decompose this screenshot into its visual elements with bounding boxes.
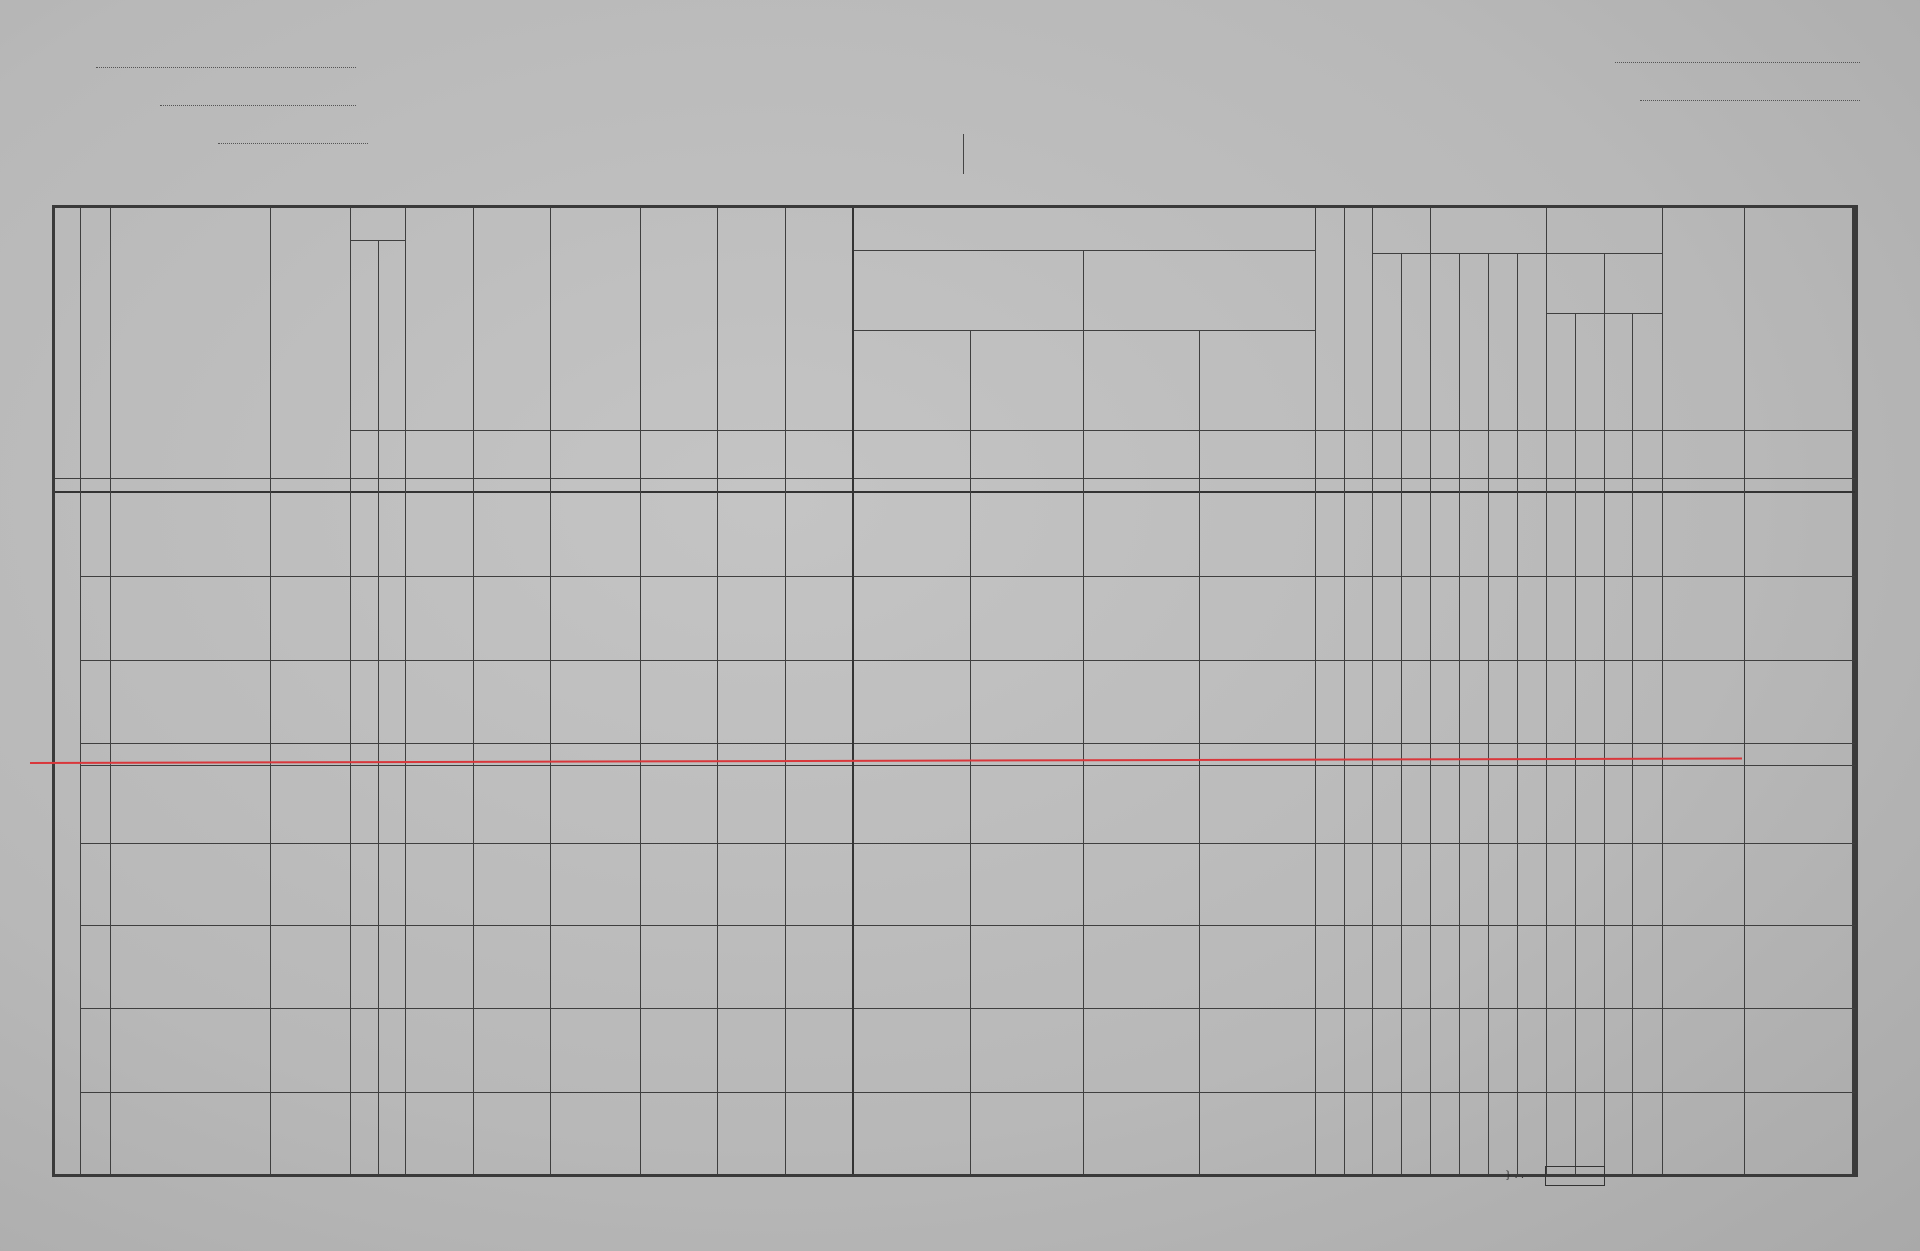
col-10-header <box>718 212 784 215</box>
col-1b-header <box>84 250 108 470</box>
col-7-header <box>475 255 548 261</box>
col-13-header <box>972 335 1082 339</box>
col-6-header <box>407 245 471 255</box>
col-14-header <box>1085 345 1198 355</box>
col-2-header <box>112 235 268 239</box>
uebertrag-field <box>1545 1166 1605 1186</box>
census-sheet: } . . <box>0 0 1920 1251</box>
col-9-header <box>642 280 715 304</box>
col-28-header <box>1664 222 1743 228</box>
col-11-header <box>787 280 851 304</box>
col-8-header <box>552 225 638 229</box>
col-12-header <box>854 345 969 355</box>
hauptberuf-header <box>856 255 1081 258</box>
col-15-header <box>1201 335 1314 339</box>
col-3-header <box>272 220 349 224</box>
title-divider <box>963 134 964 174</box>
nebenerwerb-header <box>1086 252 1312 254</box>
